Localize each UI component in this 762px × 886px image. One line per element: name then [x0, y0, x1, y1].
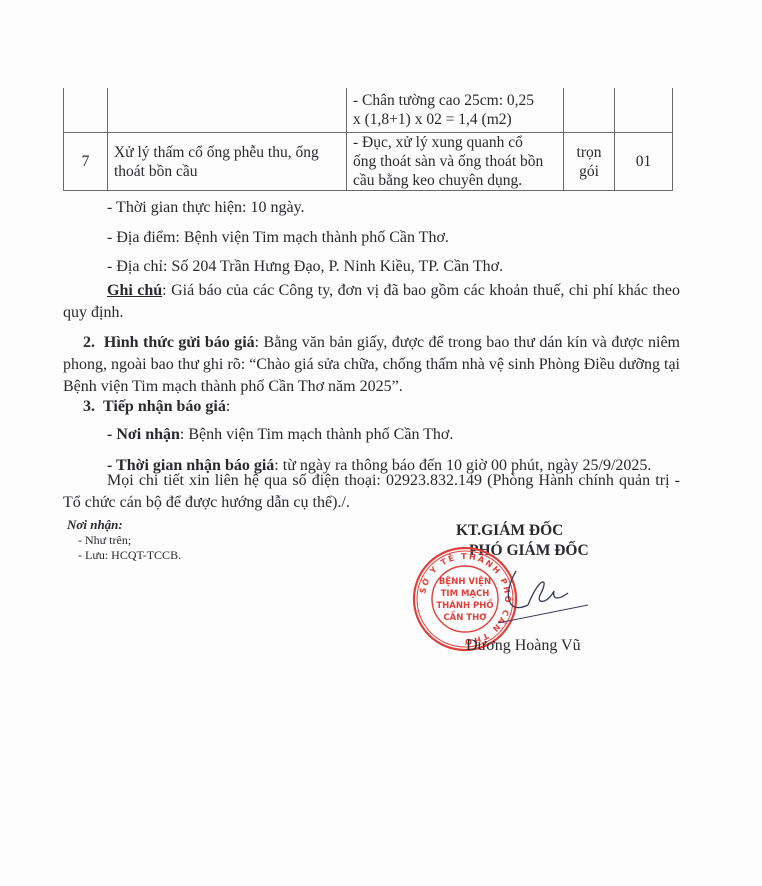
section-2-paragraph: 2. Hình thức gửi báo giá: Bằng văn bản g…: [63, 332, 680, 398]
svg-text:BỆNH VIỆN: BỆNH VIỆN: [439, 576, 491, 587]
unit-line: trọn: [570, 143, 608, 162]
address-text: - Địa chỉ: Số 204 Trần Hưng Đạo, P. Ninh…: [107, 257, 503, 277]
duration-text: - Thời gian thực hiện: 10 ngày.: [107, 198, 305, 218]
table-row: - Chân tường cao 25cm: 0,25 x (1,8+1) x …: [64, 88, 673, 133]
recipient-item: - Như trên;: [78, 533, 131, 548]
quote-items-table: - Chân tường cao 25cm: 0,25 x (1,8+1) x …: [63, 88, 673, 191]
name-line: thoát bồn cầu: [114, 162, 340, 181]
recipient-item: - Lưu: HCQT-TCCB.: [78, 548, 181, 563]
svg-text:THÀNH PHỐ: THÀNH PHỐ: [436, 598, 493, 611]
name-line: Xử lý thấm cổ ống phễu thu, ống: [114, 143, 340, 162]
cell-quantity: 01: [615, 133, 673, 191]
description-line: - Đục, xử lý xung quanh cổ: [353, 133, 557, 152]
cell-name: [108, 88, 347, 133]
recipients-title: Nơi nhận:: [67, 517, 123, 533]
cell-description: - Chân tường cao 25cm: 0,25 x (1,8+1) x …: [347, 88, 564, 133]
signer-name: Dương Hoàng Vũ: [466, 637, 581, 655]
receiver-label: - Nơi nhận: [107, 426, 180, 443]
note-paragraph: Ghi chú: Giá báo của các Công ty, đơn vị…: [63, 280, 680, 324]
cell-stt: 7: [64, 133, 108, 191]
note-label: Ghi chú: [107, 282, 162, 299]
description-line: ống thoát sàn và ống thoát bồn: [353, 152, 557, 171]
location-text: - Địa điểm: Bệnh viện Tim mạch thành phố…: [107, 228, 449, 248]
description-line: - Chân tường cao 25cm: 0,25: [353, 91, 557, 110]
section-3-label: Tiếp nhận báo giá: [103, 398, 226, 415]
svg-text:CẦN THƠ: CẦN THƠ: [443, 610, 487, 623]
cell-quantity: [615, 88, 673, 133]
section-2-label: Hình thức gửi báo giá: [104, 334, 255, 351]
cell-description: - Đục, xử lý xung quanh cổ ống thoát sàn…: [347, 133, 564, 191]
section-3-heading: 3. Tiếp nhận báo giá:: [83, 397, 230, 417]
cell-stt: [64, 88, 108, 133]
receiver-line: - Nơi nhận: Bệnh viện Tim mạch thành phố…: [107, 425, 453, 445]
description-line: cầu bằng keo chuyên dụng.: [353, 171, 557, 190]
table-row: 7 Xử lý thấm cổ ống phễu thu, ống thoát …: [64, 133, 673, 191]
cell-name: Xử lý thấm cổ ống phễu thu, ống thoát bồ…: [108, 133, 347, 191]
description-line: x (1,8+1) x 02 = 1,4 (m2): [353, 110, 557, 129]
svg-text:TIM MẠCH: TIM MẠCH: [441, 589, 490, 599]
contact-paragraph: Mọi chi tiết xin liên hệ qua số điện tho…: [63, 470, 680, 514]
cell-unit: trọn gói: [564, 133, 615, 191]
section-3-number: 3.: [83, 398, 95, 415]
section-2-number: 2.: [83, 334, 95, 351]
signature-title-1: KT.GIÁM ĐỐC: [456, 522, 563, 540]
unit-line: gói: [570, 162, 608, 181]
cell-unit: [564, 88, 615, 133]
handwritten-signature-icon: [488, 565, 608, 625]
receiver-value: : Bệnh viện Tim mạch thành phố Cần Thơ.: [180, 426, 454, 443]
